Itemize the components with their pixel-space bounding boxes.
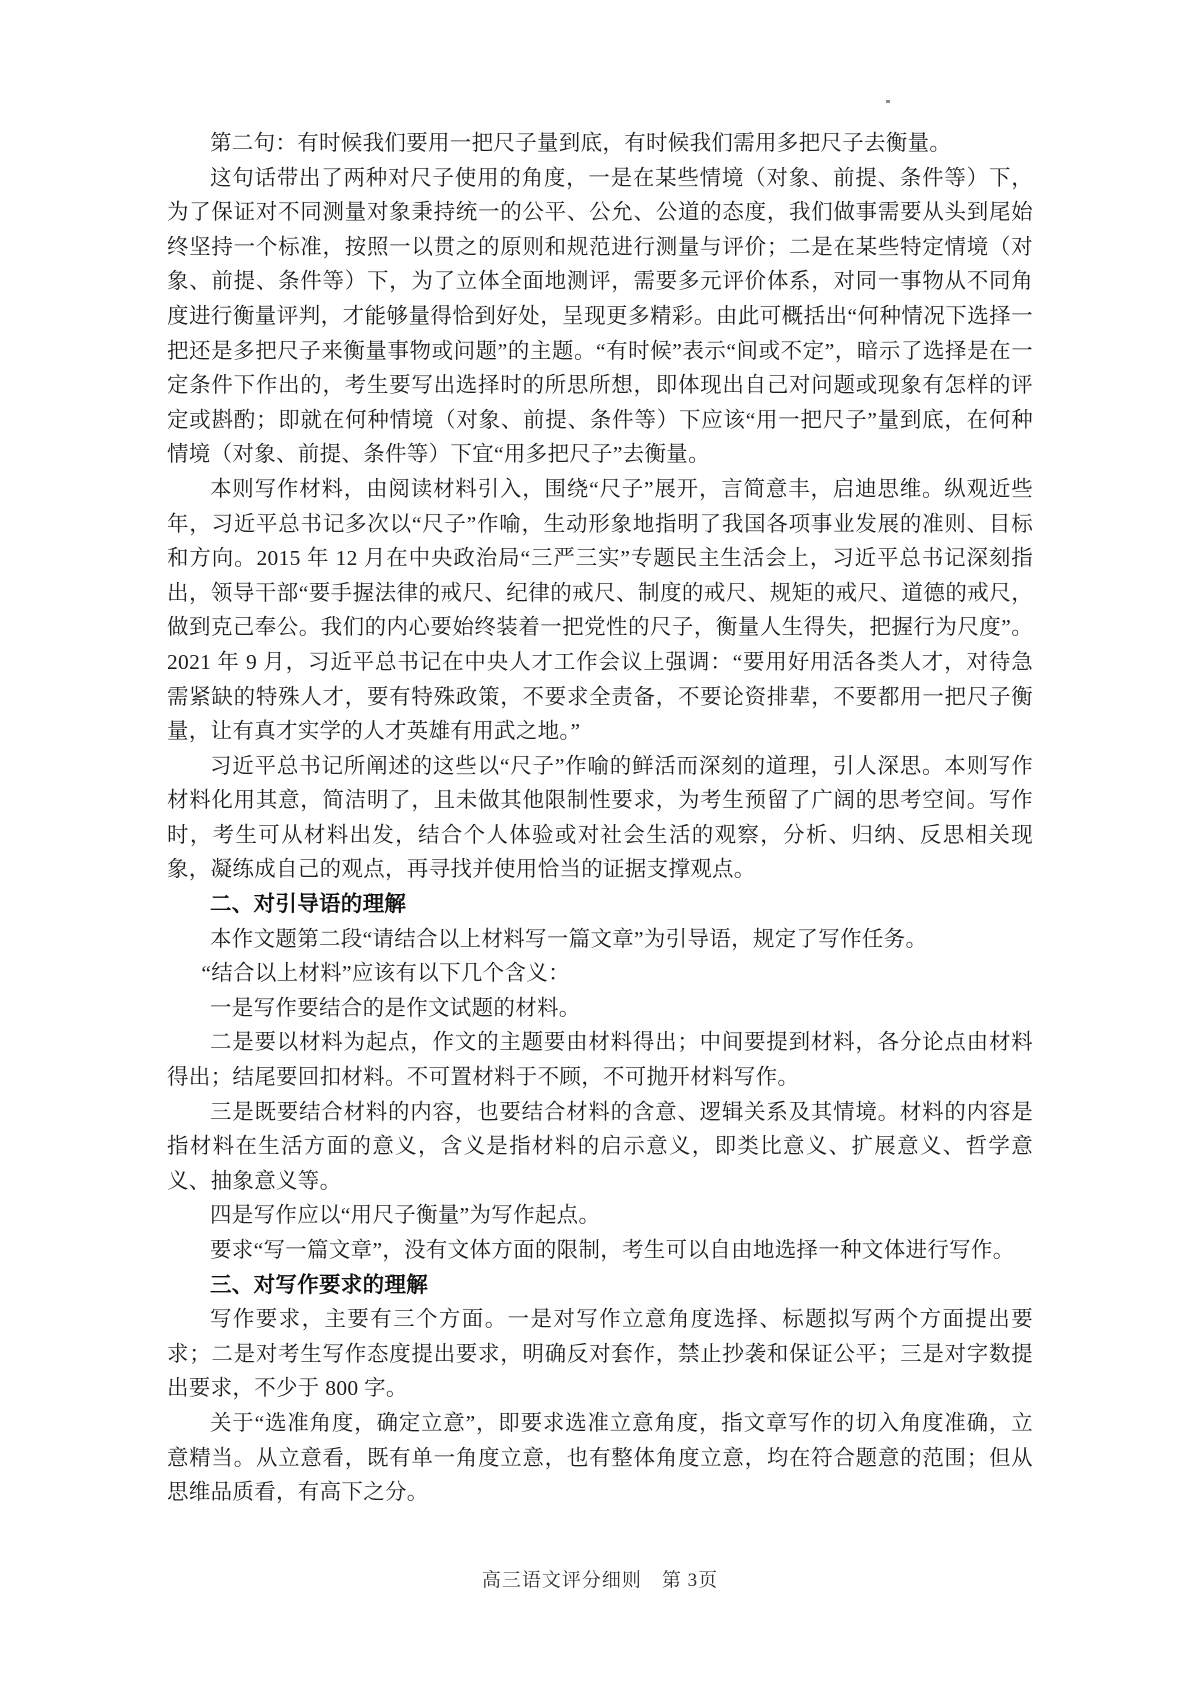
document-page: 第二句：有时候我们要用一把尺子量到底，有时候我们需用多把尺子去衡量。 这句话带出… bbox=[0, 0, 1200, 1698]
section-heading: 二、对引导语的理解 bbox=[167, 887, 1033, 922]
paragraph: 要求“写一篇文章”，没有文体方面的限制，考生可以自由地选择一种文体进行写作。 bbox=[167, 1233, 1033, 1268]
paragraph: 四是写作应以“用尺子衡量”为写作起点。 bbox=[167, 1198, 1033, 1233]
section-heading: 三、对写作要求的理解 bbox=[167, 1268, 1033, 1303]
paragraph: 关于“选准角度，确定立意”，即要求选准立意角度，指文章写作的切入角度准确，立意精… bbox=[167, 1406, 1033, 1510]
paragraph: 这句话带出了两种对尺子使用的角度，一是在某些情境（对象、前提、条件等）下，为了保… bbox=[167, 161, 1033, 472]
paragraph: 一是写作要结合的是作文试题的材料。 bbox=[167, 991, 1033, 1026]
paragraph: 本作文题第二段“请结合以上材料写一篇文章”为引导语，规定了写作任务。 bbox=[167, 922, 1033, 957]
paragraph: “结合以上材料”应该有以下几个含义： bbox=[167, 956, 1033, 991]
paragraph: 本则写作材料，由阅读材料引入，围绕“尺子”展开，言简意丰，启迪思维。纵观近些年，… bbox=[167, 472, 1033, 749]
scan-speck bbox=[886, 100, 890, 103]
document-body: 第二句：有时候我们要用一把尺子量到底，有时候我们需用多把尺子去衡量。 这句话带出… bbox=[167, 126, 1033, 1510]
paragraph: 习近平总书记所阐述的这些以“尺子”作喻的鲜活而深刻的道理，引人深思。本则写作材料… bbox=[167, 749, 1033, 887]
paragraph: 第二句：有时候我们要用一把尺子量到底，有时候我们需用多把尺子去衡量。 bbox=[167, 126, 1033, 161]
paragraph: 三是既要结合材料的内容，也要结合材料的含意、逻辑关系及其情境。材料的内容是指材料… bbox=[167, 1095, 1033, 1199]
paragraph: 二是要以材料为起点，作文的主题要由材料得出；中间要提到材料，各分论点由材料得出；… bbox=[167, 1025, 1033, 1094]
paragraph: 写作要求，主要有三个方面。一是对写作立意角度选择、标题拟写两个方面提出要求；二是… bbox=[167, 1302, 1033, 1406]
page-footer: 高三语文评分细则 第 3页 bbox=[0, 1568, 1200, 1594]
